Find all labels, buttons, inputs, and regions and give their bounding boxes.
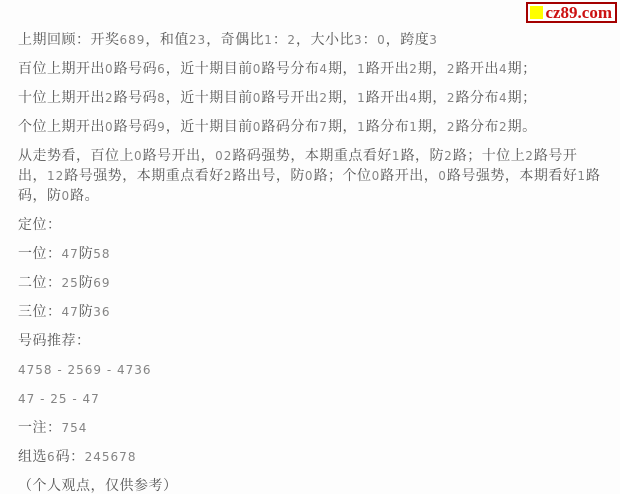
- recommended-4-digit-groups: 4758 - 2569 - 4736: [18, 360, 602, 380]
- position-1-pick: 一位：47防58: [18, 244, 602, 264]
- trend-analysis: 从走势看，百位上0路号开出，02路码强势，本期重点看好1路，防2路；十位上2路号…: [18, 146, 602, 206]
- position-3-pick: 三位：47防36: [18, 302, 602, 322]
- zuxuan-6-code-pick: 组选6码：245678: [18, 447, 602, 467]
- last-draw-review: 上期回顾：开奖689，和值23，奇偶比1：2，大小比3：0，跨度3: [18, 30, 602, 50]
- recommended-2-digit-groups: 47 - 25 - 47: [18, 389, 602, 409]
- tens-digit-analysis: 十位上期开出2路号码8，近十期目前0路号开出2期，1路开出4期，2路分布4期；: [18, 88, 602, 108]
- position-2-pick: 二位：25防69: [18, 273, 602, 293]
- recommendation-label: 号码推荐：: [18, 331, 602, 351]
- positioning-label: 定位：: [18, 215, 602, 235]
- yellow-square-icon: [530, 6, 543, 19]
- units-digit-analysis: 个位上期开出0路号码9，近十期目前0路码分布7期，1路分布1期，2路分布2期。: [18, 117, 602, 137]
- single-bet-pick: 一注：754: [18, 418, 602, 438]
- disclaimer-note: （个人观点，仅供参考）: [18, 476, 602, 494]
- site-logo: cz89.com: [526, 2, 617, 23]
- site-logo-text: cz89.com: [545, 4, 612, 21]
- article-body: 上期回顾：开奖689，和值23，奇偶比1：2，大小比3：0，跨度3 百位上期开出…: [0, 0, 620, 494]
- hundreds-digit-analysis: 百位上期开出0路号码6，近十期目前0路号分布4期，1路开出2期，2路开出4期；: [18, 59, 602, 79]
